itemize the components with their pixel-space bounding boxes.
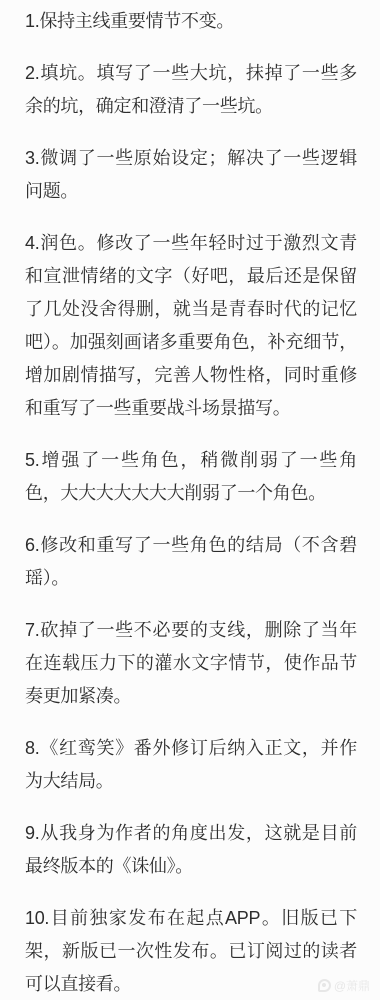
list-item: 10.目前独家发布在起点APP。旧版已下架，新版已一次性发布。已订阅过的读者可以… <box>25 902 357 1000</box>
watermark-username: @萧鼎 <box>334 977 370 994</box>
list-item: 9.从我身为作者的角度出发，这就是目前最终版本的《诛仙》。 <box>25 817 357 883</box>
list-item: 8.《红鸾笑》番外修订后纳入正文，并作为大结局。 <box>25 732 357 798</box>
list-item: 4.润色。修改了一些年轻时过于激烈文青和宣泄情绪的文字（好吧，最后还是保留了几处… <box>25 227 357 425</box>
weibo-watermark: @萧鼎 <box>318 977 370 994</box>
weibo-logo-icon <box>318 979 331 992</box>
list-item: 2.填坑。填写了一些大坑，抹掉了一些多余的坑，确定和澄清了一些坑。 <box>25 57 357 123</box>
revision-notes-list: 1.保持主线重要情节不变。 2.填坑。填写了一些大坑，抹掉了一些多余的坑，确定和… <box>0 0 380 1000</box>
list-item: 5.增强了一些角色，稍微削弱了一些角色，大大大大大大大削弱了一个角色。 <box>25 444 357 510</box>
list-item: 7.砍掉了一些不必要的支线，删除了当年在连载压力下的灌水文字情节，使作品节奏更加… <box>25 614 357 713</box>
list-item: 1.保持主线重要情节不变。 <box>25 5 357 38</box>
list-item: 6.修改和重写了一些角色的结局（不含碧瑶）。 <box>25 529 357 595</box>
list-item: 3.微调了一些原始设定；解决了一些逻辑问题。 <box>25 142 357 208</box>
